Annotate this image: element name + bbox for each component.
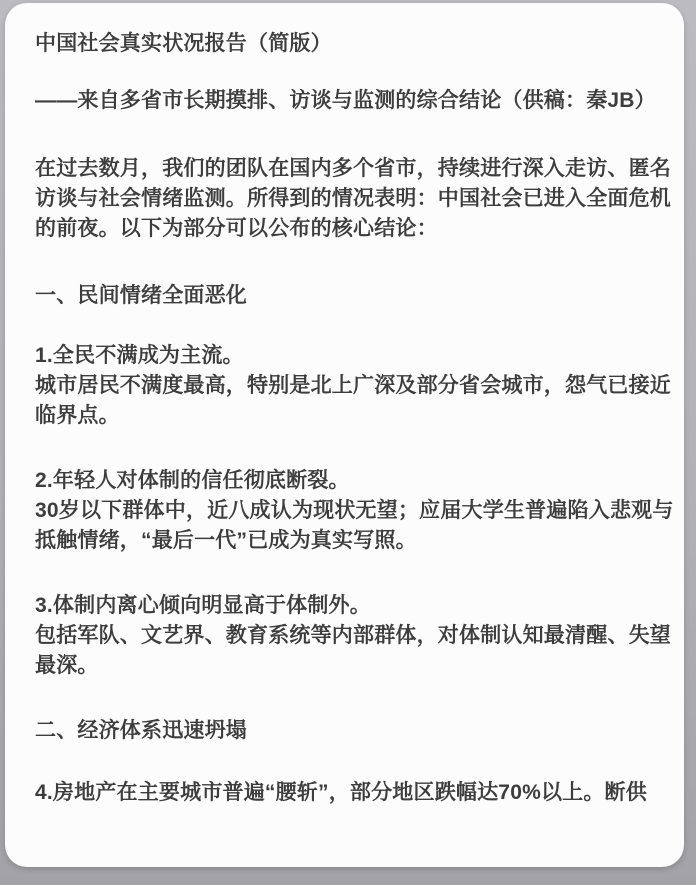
item-1-title: 1.全民不满成为主流。: [35, 341, 660, 371]
item-4-title: 4.房地产在主要城市普遍“腰斩”，部分地区跌幅达70%以上。断供: [35, 778, 660, 808]
item-1-body: 城市居民不满度最高，特别是北上广深及部分省会城市，怨气已接近 临界点。: [35, 371, 660, 431]
report-card: 中国社会真实状况报告（简版） ——来自多省市长期摸排、访谈与监测的综合结论（供稿…: [5, 3, 684, 867]
item-3-body: 包括军队、文艺界、教育系统等内部群体，对体制认知最清醒、失望 最深。: [35, 621, 660, 681]
section-heading-public-sentiment: 一、民间情绪全面恶化: [35, 281, 660, 311]
item-2-title: 2.年轻人对体制的信任彻底断裂。: [35, 466, 660, 496]
section-heading-economy: 二、经济体系迅速坍塌: [35, 716, 660, 746]
item-2-body: 30岁以下群体中，近八成认为现状无望；应届大学生普遍陷入悲观与 抵触情绪，“最后…: [35, 496, 660, 556]
report-subtitle: ——来自多省市长期摸排、访谈与监测的综合结论（供稿：秦JB）: [35, 86, 660, 116]
report-item-4: 4.房地产在主要城市普遍“腰斩”，部分地区跌幅达70%以上。断供: [35, 778, 660, 808]
report-item-2: 2.年轻人对体制的信任彻底断裂。 30岁以下群体中，近八成认为现状无望；应届大学…: [35, 466, 660, 556]
report-title: 中国社会真实状况报告（简版）: [35, 29, 660, 59]
report-item-3: 3.体制内离心倾向明显高于体制外。 包括军队、文艺界、教育系统等内部群体，对体制…: [35, 591, 660, 681]
report-intro-paragraph: 在过去数月，我们的团队在国内多个省市，持续进行深入走访、匿名 访谈与社会情绪监测…: [35, 154, 660, 244]
report-item-1: 1.全民不满成为主流。 城市居民不满度最高，特别是北上广深及部分省会城市，怨气已…: [35, 341, 660, 431]
item-3-title: 3.体制内离心倾向明显高于体制外。: [35, 591, 660, 621]
